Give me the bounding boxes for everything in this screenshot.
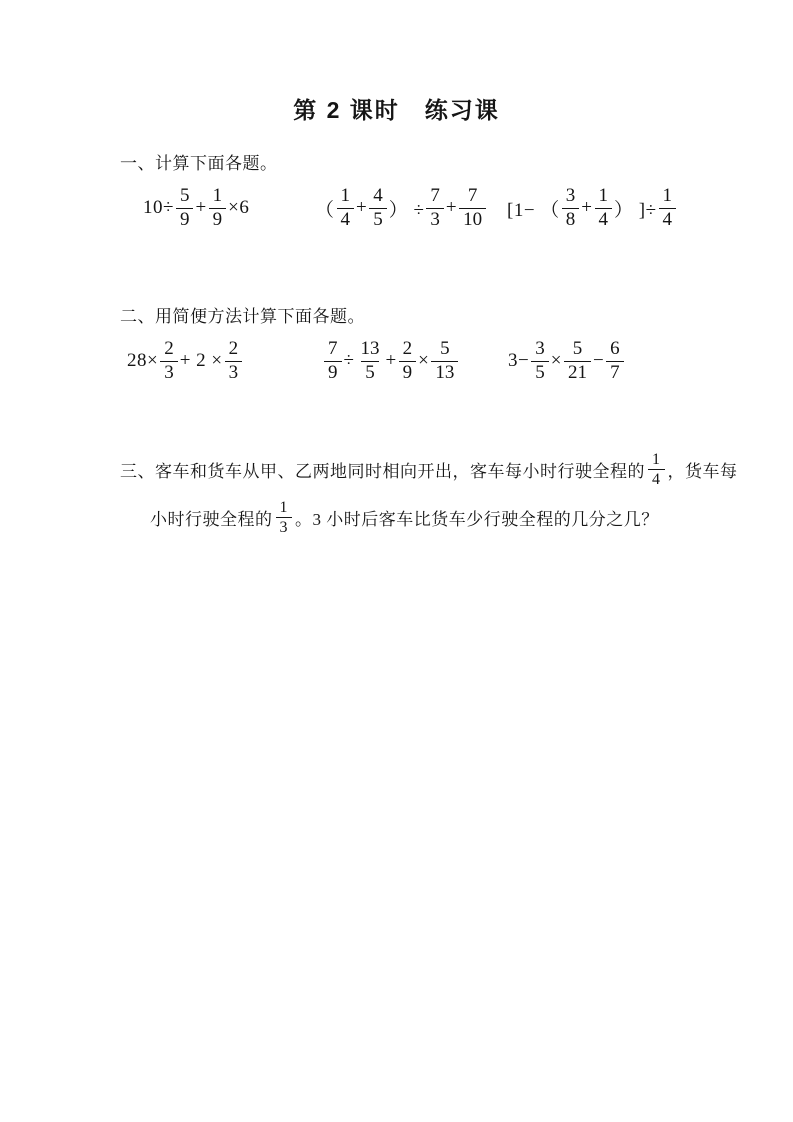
fraction-denominator: 3	[276, 517, 293, 536]
math-text: 客车和货车从甲、乙两地同时相向开出，客车每小时行驶全程的	[155, 457, 645, 482]
fraction-numerator: 5	[569, 339, 587, 361]
math-text: （	[315, 195, 335, 222]
fraction-denominator: 9	[209, 208, 227, 231]
fraction-denominator: 5	[361, 361, 379, 384]
math-text: 28×	[127, 350, 158, 372]
fraction: 14	[337, 186, 355, 230]
fraction-numerator: 5	[176, 186, 194, 208]
fraction: 135	[356, 339, 383, 383]
math-expression-2-3: 3−35×521−67	[508, 339, 626, 383]
fraction-denominator: 5	[531, 361, 549, 384]
fraction-numerator: 2	[225, 339, 243, 361]
section-3-label: 三、	[120, 457, 155, 482]
math-expression-2-2: 79÷135+29×513	[322, 339, 460, 383]
section-1-heading: 一、计算下面各题。	[120, 149, 723, 174]
math-text: +	[581, 197, 592, 219]
fraction-numerator: 7	[324, 339, 342, 361]
math-text: ×6	[228, 197, 249, 219]
math-expression-2-1: 28×23+ 2 ×23	[127, 339, 244, 383]
math-text: +	[356, 197, 367, 219]
math-text: ，货车每	[668, 457, 738, 482]
fraction: 23	[225, 339, 243, 383]
fraction-denominator: 4	[595, 208, 613, 231]
fraction: 13	[276, 499, 293, 537]
worksheet-content: 一、计算下面各题。 10÷59+19×6 （14+45） ÷73+710 [1−…	[120, 149, 723, 536]
fraction-numerator: 3	[531, 339, 549, 361]
fraction-numerator: 2	[399, 339, 417, 361]
fraction-denominator: 3	[426, 208, 444, 231]
fraction-numerator: 7	[464, 186, 482, 208]
fraction-numerator: 3	[562, 186, 580, 208]
math-expression-1-2: （14+45） ÷73+710	[315, 186, 488, 230]
fraction: 59	[176, 186, 194, 230]
section-simplify: 二、用简便方法计算下面各题。 28×23+ 2 ×23 79÷135+29×51…	[120, 302, 723, 383]
fraction: 45	[369, 186, 387, 230]
math-expression-1-3: [1− （38+14） ]÷14	[507, 186, 678, 230]
fraction-numerator: 2	[160, 339, 178, 361]
fraction-numerator: 7	[426, 186, 444, 208]
fraction-denominator: 8	[562, 208, 580, 231]
math-text: 3−	[508, 350, 529, 372]
fraction: 23	[160, 339, 178, 383]
math-text: 10÷	[143, 197, 174, 219]
math-text: ×	[418, 350, 429, 372]
fraction-numerator: 1	[276, 499, 293, 517]
fraction-denominator: 4	[337, 208, 355, 231]
fraction-denominator: 9	[176, 208, 194, 231]
section-word-problem: 三、 客车和货车从甲、乙两地同时相向开出，客车每小时行驶全程的14，货车每 小时…	[120, 451, 723, 536]
fraction-denominator: 3	[160, 361, 178, 384]
math-text: [1− （	[507, 195, 560, 222]
fraction-denominator: 9	[399, 361, 417, 384]
math-text: 小时行驶全程的	[150, 505, 273, 530]
fraction-denominator: 7	[606, 361, 624, 384]
fraction-numerator: 1	[595, 186, 613, 208]
fraction-denominator: 10	[459, 208, 486, 231]
fraction-numerator: 1	[337, 186, 355, 208]
fraction: 79	[324, 339, 342, 383]
math-text: +	[195, 197, 206, 219]
fraction-numerator: 13	[356, 339, 383, 361]
math-text: + 2 ×	[180, 350, 223, 372]
fraction: 14	[595, 186, 613, 230]
fraction: 521	[564, 339, 591, 383]
math-text: +	[446, 197, 457, 219]
fraction: 67	[606, 339, 624, 383]
fraction-denominator: 21	[564, 361, 591, 384]
fraction: 38	[562, 186, 580, 230]
fraction-numerator: 5	[436, 339, 454, 361]
section-2-problem-row: 28×23+ 2 ×23 79÷135+29×513 3−35×521−67	[120, 339, 723, 383]
fraction-denominator: 5	[369, 208, 387, 231]
fraction-numerator: 1	[209, 186, 227, 208]
word-problem-line-2: 小时行驶全程的13。3 小时后客车比货车少行驶全程的几分之几？	[150, 499, 723, 537]
section-1-problem-row: 10÷59+19×6 （14+45） ÷73+710 [1− （38+14） ]…	[120, 186, 723, 230]
math-expression-1-1: 10÷59+19×6	[143, 186, 249, 230]
section-2-heading: 二、用简便方法计算下面各题。	[120, 302, 723, 327]
math-text: ） ÷	[389, 195, 425, 222]
fraction: 35	[531, 339, 549, 383]
math-text: −	[593, 350, 604, 372]
fraction-denominator: 13	[431, 361, 458, 384]
fraction-numerator: 6	[606, 339, 624, 361]
word-problem-text-2: 小时行驶全程的13。3 小时后客车比货车少行驶全程的几分之几？	[150, 499, 659, 537]
math-text: ÷	[344, 350, 355, 372]
fraction-denominator: 3	[225, 361, 243, 384]
fraction-numerator: 4	[369, 186, 387, 208]
fraction: 19	[209, 186, 227, 230]
section-calculate: 一、计算下面各题。 10÷59+19×6 （14+45） ÷73+710 [1−…	[120, 149, 723, 230]
fraction-numerator: 1	[648, 451, 665, 469]
fraction: 710	[459, 186, 486, 230]
worksheet-page: 第 2 课时 练习课 一、计算下面各题。 10÷59+19×6 （14+45） …	[0, 0, 793, 1122]
word-problem-line-1: 三、 客车和货车从甲、乙两地同时相向开出，客车每小时行驶全程的14，货车每	[120, 451, 723, 489]
fraction-denominator: 4	[659, 208, 677, 231]
fraction-numerator: 1	[659, 186, 677, 208]
page-title: 第 2 课时 练习课	[0, 0, 793, 125]
fraction: 73	[426, 186, 444, 230]
fraction: 29	[399, 339, 417, 383]
fraction: 14	[648, 451, 665, 489]
fraction: 14	[659, 186, 677, 230]
math-text: +	[385, 350, 396, 372]
fraction-denominator: 9	[324, 361, 342, 384]
fraction-denominator: 4	[648, 469, 665, 488]
fraction: 513	[431, 339, 458, 383]
word-problem-text-1: 客车和货车从甲、乙两地同时相向开出，客车每小时行驶全程的14，货车每	[155, 451, 738, 489]
math-text: 。3 小时后客车比货车少行驶全程的几分之几？	[295, 505, 659, 530]
math-text: ） ]÷	[614, 195, 657, 222]
math-text: ×	[551, 350, 562, 372]
